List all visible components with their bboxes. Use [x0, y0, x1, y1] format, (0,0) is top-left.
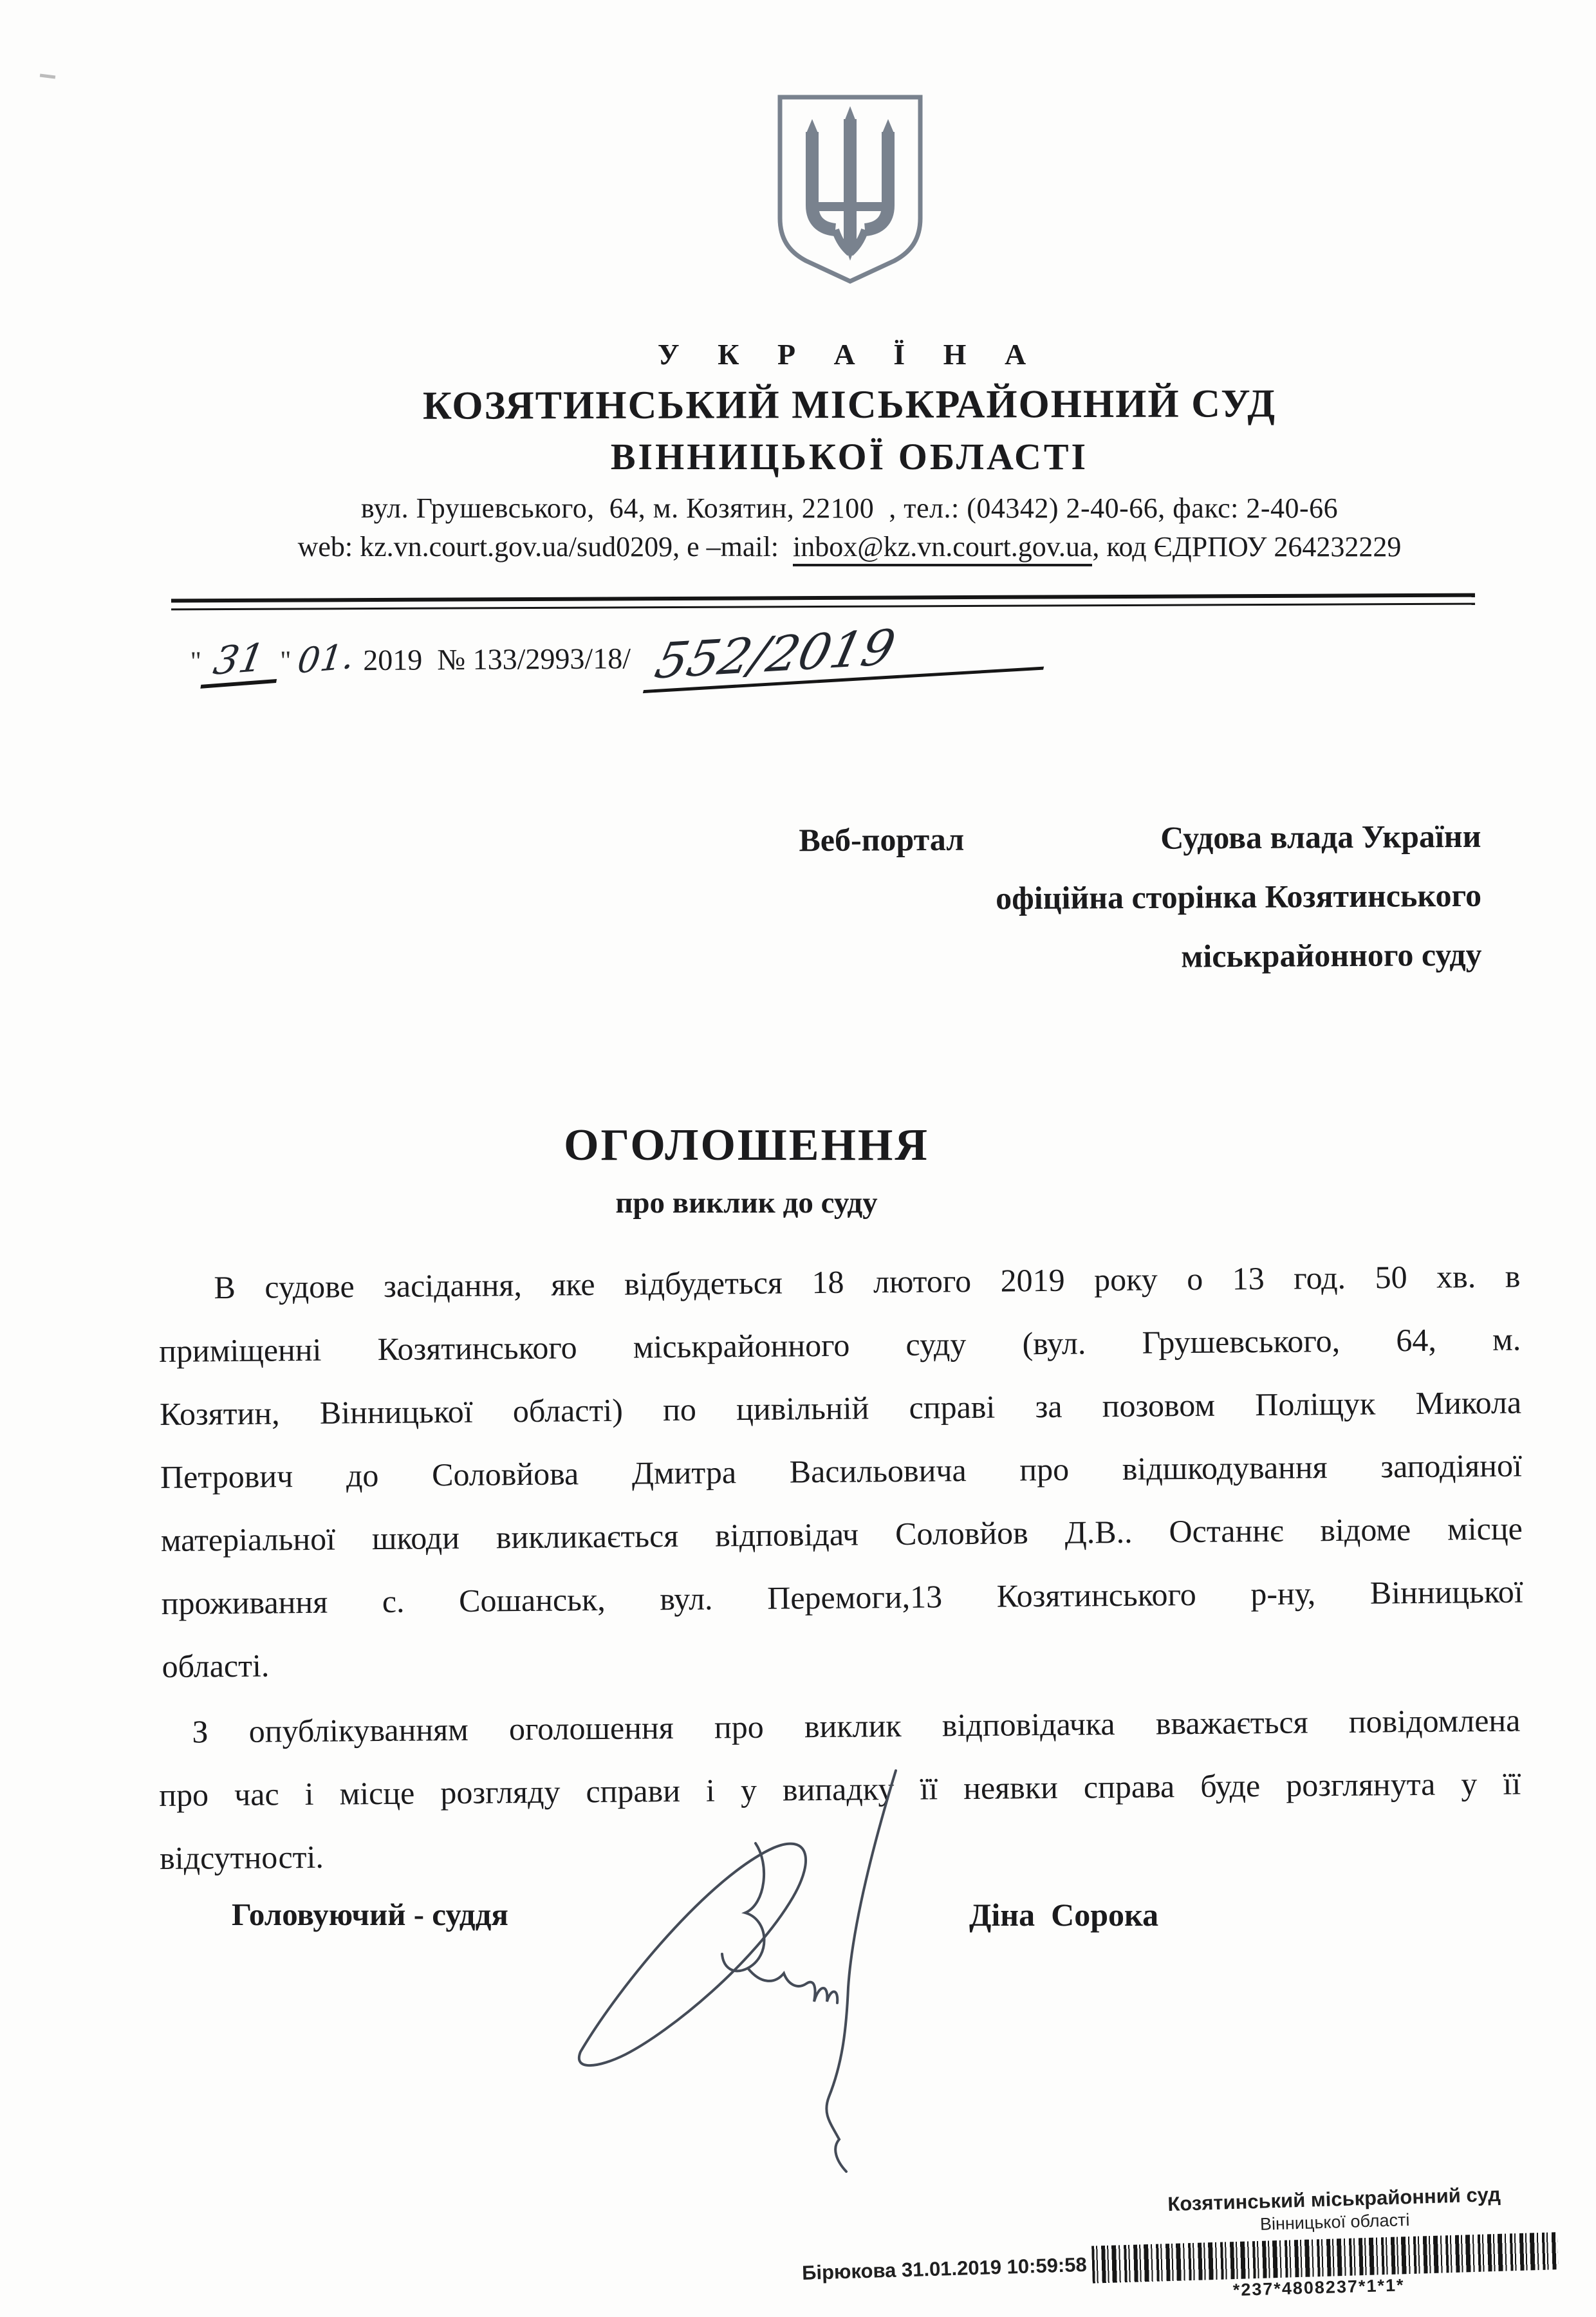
header-separator-rule [171, 593, 1475, 611]
header-court-name: КОЗЯТИНСЬКИЙ МІСЬКРАЙОННИЙ СУД [154, 380, 1545, 430]
header-web-line: web: kz.vn.court.gov.ua/sud0209, e –mail… [154, 530, 1545, 563]
reference-line: " 31 " 01. 2019 № 133/2993/18/ 552/2019 [190, 620, 1048, 686]
body-line: Козятин, Вінницької області) по цивільні… [160, 1371, 1522, 1446]
body-paragraph-1: В судове засідання, яке відбудеться 18 л… [158, 1245, 1524, 1698]
body-line: В судове засідання, яке відбудеться 18 л… [158, 1245, 1521, 1319]
signature-role-label: Головуючий - суддя [232, 1896, 508, 1933]
recipient-block: Веб-портал Судова влада України офіційна… [799, 806, 1482, 988]
handwritten-day: 31 [201, 634, 285, 689]
signature-name: Діна Сорока [969, 1896, 1158, 1933]
registration-stamp: Козятинський міськрайонний суд Вінницько… [800, 2181, 1582, 2313]
body-line: області. [162, 1623, 1524, 1698]
typed-case-number: 2019 № 133/2993/18/ [359, 641, 631, 685]
web-suffix: , код ЄДРПОУ 264232229 [1092, 531, 1401, 563]
recipient-line-3: міськрайонного суду [799, 925, 1482, 988]
recipient-line-1-left: Веб-портал [799, 810, 964, 870]
header-region: ВІННИЦЬКОЇ ОБЛАСТІ [154, 435, 1545, 478]
header-country: У К Р А Ї Н А [154, 337, 1545, 371]
ukraine-coat-of-arms-icon [767, 89, 933, 286]
scanned-court-document: У К Р А Ї Н А КОЗЯТИНСЬКИЙ МІСЬКРАЙОННИЙ… [0, 0, 1596, 2317]
recipient-line-1: Веб-портал Судова влада України [799, 806, 1481, 870]
web-prefix: web: kz.vn.court.gov.ua/sud0209, e –mail… [298, 531, 793, 563]
email-text: inbox@kz.vn.court.gov.ua [793, 531, 1092, 566]
stamp-operator-timestamp: Бірюкова 31.01.2019 10:59:58 [802, 2253, 1088, 2285]
announcement-title: ОГОЛОШЕННЯ [154, 1120, 1339, 1171]
handwritten-month: 01. [292, 635, 362, 688]
recipient-line-1-right: Судова влада України [1160, 806, 1481, 868]
scan-artifact-dash [40, 74, 55, 79]
body-line: проживання с. Сошанськ, вул. Перемоги,13… [161, 1560, 1523, 1635]
handwritten-registration-number: 552/2019 [643, 609, 1057, 694]
body-line: Петрович до Соловйова Дмитра Васильовича… [160, 1434, 1523, 1509]
recipient-line-2: офіційна сторінка Козятинського [799, 866, 1482, 929]
header-address-line: вул. Грушевського, 64, м. Козятин, 22100… [154, 492, 1545, 525]
handwritten-signature-icon [561, 1761, 922, 2173]
body-line: матеріальної шкоди викликається відповід… [160, 1497, 1523, 1572]
announcement-subtitle: про виклик до суду [154, 1186, 1339, 1220]
body-line: приміщенні Козятинського міськрайонного … [159, 1308, 1521, 1382]
body-line: З опублікуванням оголошення про виклик в… [158, 1689, 1521, 1763]
